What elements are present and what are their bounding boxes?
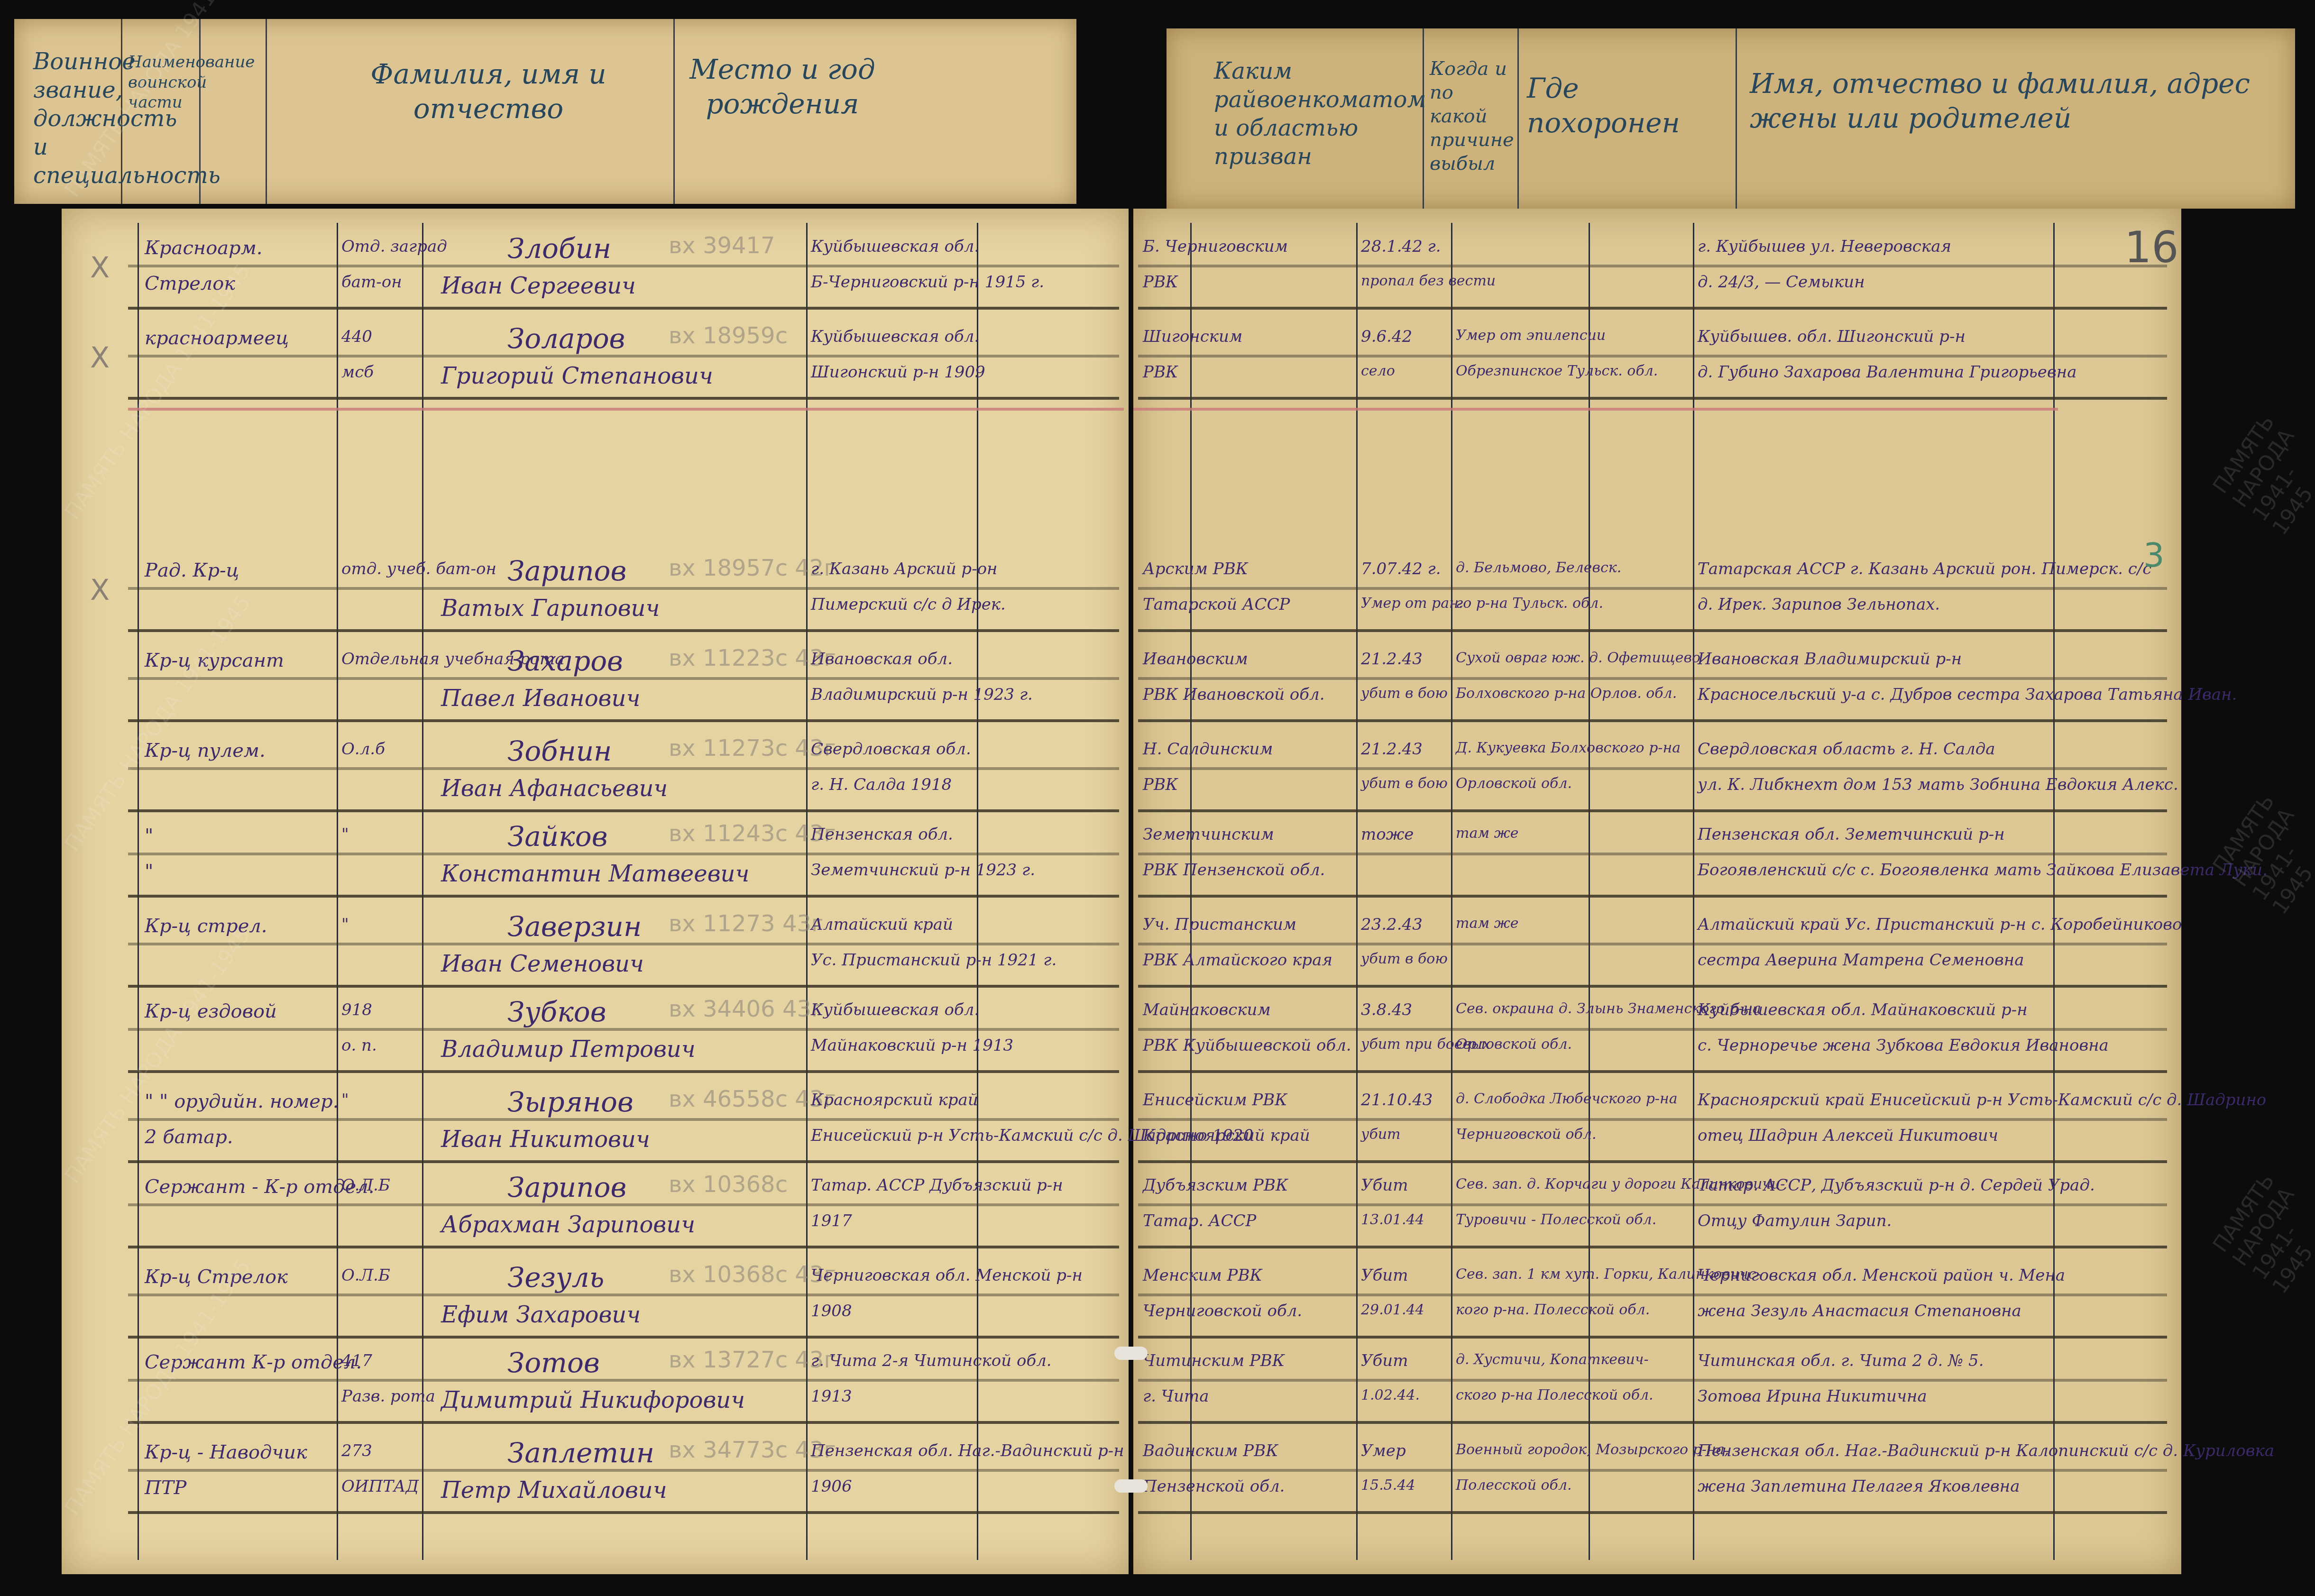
cell-unit: Отд. заград <box>341 237 447 256</box>
cell-draft: Дубъязским РВК <box>1143 1176 1288 1195</box>
cell-birth: Черниговская обл. Менской р-н <box>811 1266 1083 1285</box>
watermark: ПАМЯТЬ НАРОДА 1941-1945 <box>2208 1169 2315 1298</box>
cell-given-names: Ватых Гарипович <box>441 595 660 622</box>
cell-unit: 417 <box>341 1351 372 1370</box>
row-rule-mid <box>1138 677 2167 680</box>
row-rule-mid <box>1138 1118 2167 1121</box>
cell-draft: Земетчинским <box>1143 825 1274 844</box>
row-rule-mid <box>1138 1293 2167 1296</box>
pencil-annotation: вх 18959с <box>669 322 788 349</box>
cell-when: Умер <box>1361 1441 1406 1460</box>
cell-when: 21.10.43 <box>1361 1091 1433 1110</box>
cell-birth: г. Чита 2-я Читинской обл. <box>811 1351 1052 1370</box>
cell-unit: отд. учеб. бат-он <box>341 560 496 578</box>
cell-draft: Шигонским <box>1143 327 1242 346</box>
cell-draft-2: РВК <box>1143 273 1178 292</box>
row-rule <box>128 1421 1119 1424</box>
cell-rank: Рад. Кр-ц <box>145 560 239 581</box>
cell-relatives: г. Куйбышев ул. Неверовская <box>1698 237 1951 256</box>
cell-birth-2: 1917 <box>811 1211 852 1230</box>
cell-when-2: пропал без вести <box>1361 273 1496 289</box>
cell-burial-2: Черниговской обл. <box>1456 1126 1597 1143</box>
column-divider <box>1517 28 1519 209</box>
header-birth: Место и год рождения <box>688 52 877 121</box>
cell-rank: красноармеец <box>145 327 289 349</box>
cell-surname: Зырянов <box>507 1086 634 1118</box>
cell-birth-2: Майнаковский р-н 1913 <box>811 1036 1013 1055</box>
cell-when: Убит <box>1361 1176 1408 1195</box>
cell-draft-2: РВК Пензенской обл. <box>1143 861 1325 880</box>
cell-birth-2: Б-Черниговский р-н 1915 г. <box>811 273 1044 292</box>
row-rule <box>1138 1160 2167 1163</box>
cell-relatives: Куйбышевская обл. Майнаковский р-н <box>1698 1000 2028 1019</box>
cell-birth: Ивановская обл. <box>811 650 953 669</box>
cell-when: 21.2.43 <box>1361 650 1423 669</box>
cell-rank-2: 2 батар. <box>145 1126 233 1148</box>
cell-draft: Менским РВК <box>1143 1266 1262 1285</box>
cell-draft: Б. Черниговским <box>1143 237 1288 256</box>
cell-birth-2: Пимерский с/с д Ирек. <box>811 595 1006 614</box>
cell-birth: Куйбышевская обл. <box>811 327 979 346</box>
cell-when: Убит <box>1361 1351 1408 1370</box>
cell-given-names: Григорий Степанович <box>441 363 713 389</box>
cell-burial-2: Туровичи - Полесской обл. <box>1456 1211 1656 1228</box>
cell-draft: Ивановским <box>1143 650 1248 669</box>
cell-burial: Военный городок, Мозырского р-на, <box>1456 1441 1729 1458</box>
cell-unit-2: о. п. <box>341 1036 377 1055</box>
row-rule-mid <box>1138 1379 2167 1382</box>
separator-red-line <box>1133 408 2058 411</box>
column-divider <box>1356 223 1358 1560</box>
cell-when: 28.1.42 г. <box>1361 237 1441 256</box>
cell-unit-2: бат-он <box>341 273 402 292</box>
cell-when-2: 29.01.44 <box>1361 1302 1424 1318</box>
row-rule-mid <box>128 943 1119 945</box>
cell-given-names: Иван Афанасьевич <box>441 775 668 802</box>
cell-surname: Заплетин <box>507 1437 654 1469</box>
cell-burial: там же <box>1456 825 1519 842</box>
row-rule <box>1138 1336 2167 1339</box>
pencil-annotation: вх 10368с <box>669 1171 788 1198</box>
cell-unit: О.л.б <box>341 740 385 759</box>
cell-when: 21.2.43 <box>1361 740 1423 759</box>
header-burial: Где похоронен <box>1527 71 1726 140</box>
pencil-annotation: вх 39417 <box>669 232 775 259</box>
row-rule-mid <box>128 853 1119 855</box>
row-rule <box>1138 985 2167 988</box>
row-rule-mid <box>128 1293 1119 1296</box>
row-rule <box>1138 1421 2167 1424</box>
cell-given-names: Иван Семенович <box>441 951 644 977</box>
page-number-secondary: 3 <box>2143 536 2165 575</box>
cell-relatives-2: с. Черноречье жена Зубкова Евдокия Ивано… <box>1698 1036 2109 1055</box>
cell-rank: Сержант - К-р отдел. <box>145 1176 374 1198</box>
row-rule-mid <box>128 1203 1119 1206</box>
column-divider <box>1693 223 1694 1560</box>
cell-burial: Сухой овраг юж. д. Офетищево <box>1456 650 1700 666</box>
row-rule <box>128 809 1119 812</box>
cell-birth-2: 1913 <box>811 1387 852 1406</box>
cell-surname: Зотов <box>507 1347 600 1379</box>
cell-birth: Татар. АССР Дубъязский р-н <box>811 1176 1063 1195</box>
cell-when-2: Умер от ран. <box>1361 595 1463 612</box>
cell-when: тоже <box>1361 825 1414 844</box>
row-rule <box>128 629 1119 632</box>
row-rule-mid <box>128 1379 1119 1382</box>
binding-thread <box>1114 1479 1148 1493</box>
row-rule <box>1138 307 2167 310</box>
header-flap-right: Каким райвоенкоматом и областью призван … <box>1167 28 2295 209</box>
cell-when: 3.8.43 <box>1361 1000 1412 1019</box>
cell-birth-2: 1908 <box>811 1302 852 1321</box>
cell-burial-2: Обрезпинское Тульск. обл. <box>1456 363 1658 379</box>
row-rule <box>128 1070 1119 1073</box>
cell-when-2: убит <box>1361 1126 1400 1143</box>
cell-relatives-2: сестра Аверина Матрена Семеновна <box>1698 951 2024 970</box>
cell-given-names: Димитрий Никифорович <box>441 1387 745 1413</box>
header-draft: Каким райвоенкоматом и областью призван <box>1214 57 1418 171</box>
cell-draft-2: РВК <box>1143 775 1178 794</box>
cell-rank-2: ПТР <box>145 1477 186 1499</box>
column-divider <box>422 223 423 1560</box>
cell-relatives-2: Богоявленский с/с с. Богоявленка мать За… <box>1698 861 2268 880</box>
cell-given-names: Владимир Петрович <box>441 1036 696 1063</box>
row-rule-mid <box>128 767 1119 770</box>
cell-burial: там же <box>1456 915 1519 932</box>
watermark: ПАМЯТЬ НАРОДА 1941-1945 <box>2208 411 2315 540</box>
cell-draft-2: РВК Ивановской обл. <box>1143 685 1325 704</box>
row-rule <box>1138 1511 2167 1514</box>
row-rule-mid <box>1138 587 2167 590</box>
row-rule-mid <box>1138 355 2167 358</box>
cell-surname: Золаров <box>507 322 625 355</box>
cell-when-2: 1.02.44. <box>1361 1387 1420 1403</box>
cell-unit: " <box>341 1091 349 1110</box>
cell-relatives: Татар. АССР, Дубъязский р-н д. Сердей Ур… <box>1698 1176 2095 1195</box>
cell-relatives: Красноярский край Енисейский р-н Усть-Ка… <box>1698 1091 2266 1110</box>
cell-relatives: Татарская АССР г. Казань Арский рон. Пим… <box>1698 560 2151 578</box>
row-rule <box>1138 719 2167 722</box>
pencil-annotation: вх 34406 43г <box>669 996 823 1022</box>
column-divider <box>1451 223 1452 1560</box>
row-rule <box>1138 397 2167 400</box>
column-divider <box>266 19 267 204</box>
row-rule-mid <box>128 1469 1119 1472</box>
row-rule <box>128 985 1119 988</box>
cell-given-names: Абрахман Зарипович <box>441 1211 695 1238</box>
cell-relatives: Куйбышев. обл. Шигонский р-н <box>1698 327 1966 346</box>
cell-draft-2: Черниговской обл. <box>1143 1302 1302 1321</box>
cell-draft-2: РВК Куйбышевской обл. <box>1143 1036 1351 1055</box>
cell-given-names: Петр Михайлович <box>441 1477 667 1504</box>
watermark: ПАМЯТЬ НАРОДА 1941-1945 <box>2208 790 2315 919</box>
cell-surname: Заверзин <box>507 910 642 943</box>
row-rule-mid <box>128 265 1119 267</box>
cell-unit: 273 <box>341 1441 372 1460</box>
cell-draft: Вадинским РВК <box>1143 1441 1278 1460</box>
cell-burial-2: го р-на Тульск. обл. <box>1456 595 1603 612</box>
cell-burial-2: кого р-на. Полесской обл. <box>1456 1302 1650 1318</box>
pencil-annotation: вх 11273 43г <box>669 910 823 937</box>
cell-draft: Уч. Пристанским <box>1143 915 1296 934</box>
cell-burial-2: Орловской обл. <box>1456 775 1572 792</box>
header-when: Когда и по какой причине выбыл <box>1430 57 1515 175</box>
cell-relatives-2: ул. К. Либкнехт дом 153 мать Зобнина Евд… <box>1698 775 2178 794</box>
cell-given-names: Константин Матвеевич <box>441 861 749 887</box>
cell-rank: " " орудийн. номер. <box>145 1091 339 1112</box>
cell-given-names: Павел Иванович <box>441 685 640 712</box>
cell-draft: Майнаковским <box>1143 1000 1271 1019</box>
cell-surname: Зобнин <box>507 735 612 767</box>
cell-draft-2: Пензенской обл. <box>1143 1477 1285 1496</box>
row-rule <box>128 1246 1119 1248</box>
column-divider <box>673 19 675 204</box>
cell-draft: Арским РВК <box>1143 560 1248 578</box>
cell-burial-2: ского р-на Полесской обл. <box>1456 1387 1654 1403</box>
row-rule <box>128 895 1119 898</box>
row-rule-mid <box>128 677 1119 680</box>
cell-burial: д. Хустичи, Копаткевич- <box>1456 1351 1649 1368</box>
cell-unit: О.Л.Б <box>341 1176 390 1195</box>
header-name: Фамилия, имя и отчество <box>346 57 631 126</box>
cell-relatives: Пензенская обл. Наг.-Вадинский р-н Калоп… <box>1698 1441 2274 1460</box>
cell-draft-2: РВК <box>1143 363 1178 382</box>
cell-given-names: Иван Сергеевич <box>441 273 636 299</box>
cell-surname: Зарипов <box>507 555 626 587</box>
cell-relatives-2: д. Ирек. Зарипов Зельнопах. <box>1698 595 1940 614</box>
cell-relatives: Алтайский край Ус. Пристанский р-н с. Ко… <box>1698 915 2182 934</box>
cell-when-2: убит в бою <box>1361 951 1448 967</box>
cell-unit-2: мсб <box>341 363 374 382</box>
row-rule-mid <box>1138 1028 2167 1031</box>
cell-birth: г. Казань Арский р-он <box>811 560 998 578</box>
cell-unit-2: Разв. рота <box>341 1387 435 1406</box>
column-divider <box>1423 28 1424 209</box>
cell-surname: Зубков <box>507 996 606 1028</box>
cell-birth: Пензенская обл. Наг.-Вадинский р-н <box>811 1441 1124 1460</box>
cell-relatives-2: д. 24/3, — Семыкин <box>1698 273 1865 292</box>
row-rule <box>1138 895 2167 898</box>
cell-birth: Алтайский край <box>811 915 953 934</box>
cell-given-names: Иван Никитович <box>441 1126 650 1153</box>
row-rule <box>128 719 1119 722</box>
cell-birth: Пензенская обл. <box>811 825 953 844</box>
cell-birth-2: Ус. Пристанский р-н 1921 г. <box>811 951 1056 970</box>
cell-draft-2: Татар. АССР <box>1143 1211 1257 1230</box>
row-rule-mid <box>1138 767 2167 770</box>
row-rule-mid <box>128 1028 1119 1031</box>
row-rule <box>128 1511 1119 1514</box>
cell-burial-2: Болховского р-на Орлов. обл. <box>1456 685 1677 702</box>
cell-draft-2: Красноярский край <box>1143 1126 1310 1145</box>
x-mark: X <box>90 574 110 607</box>
cell-relatives: Черниговская обл. Менской район ч. Мена <box>1698 1266 2065 1285</box>
cell-birth-2: Владимирский р-н 1923 г. <box>811 685 1033 704</box>
cell-burial: д. Слободка Любечского р-на <box>1456 1091 1678 1107</box>
cell-relatives-2: жена Заплетина Пелагея Яковлевна <box>1698 1477 2020 1496</box>
cell-relatives-2: Зотова Ирина Никитична <box>1698 1387 1927 1406</box>
cell-relatives-2: Отцу Фатулин Зарип. <box>1698 1211 1892 1230</box>
row-rule <box>128 307 1119 310</box>
cell-rank-2: " <box>145 861 153 882</box>
cell-burial: Умер от эпилепсии <box>1456 327 1606 344</box>
cell-relatives-2: Красносельский у-а с. Дубров сестра Заха… <box>1698 685 2237 704</box>
cell-unit: " <box>341 825 349 844</box>
cell-given-names: Ефим Захарович <box>441 1302 641 1328</box>
cell-unit: 440 <box>341 327 372 346</box>
row-rule-mid <box>1138 943 2167 945</box>
row-rule-mid <box>1138 265 2167 267</box>
cell-draft: Енисейским РВК <box>1143 1091 1287 1110</box>
cell-relatives: Читинская обл. г. Чита 2 д. № 5. <box>1698 1351 1984 1370</box>
row-rule <box>1138 1246 2167 1248</box>
binding-thread <box>1114 1347 1148 1360</box>
cell-birth: Красноярский край <box>811 1091 978 1110</box>
row-rule <box>1138 629 2167 632</box>
cell-relatives: Пензенская обл. Земетчинский р-н <box>1698 825 2005 844</box>
cell-when-2: убит в бою <box>1361 775 1448 792</box>
cell-birth-2: г. Н. Салда 1918 <box>811 775 952 794</box>
cell-when: 23.2.43 <box>1361 915 1423 934</box>
cell-rank: Кр-ц ездовой <box>145 1000 277 1022</box>
cell-surname: Зезуль <box>507 1261 604 1293</box>
column-divider <box>1736 28 1737 209</box>
row-rule-mid <box>128 355 1119 358</box>
cell-burial-2: Полесской обл. <box>1456 1477 1572 1494</box>
right-page <box>1133 209 2181 1574</box>
row-rule-mid <box>128 1118 1119 1121</box>
cell-rank: " <box>145 825 153 847</box>
cell-surname: Зайков <box>507 820 607 853</box>
cell-relatives-2: жена Зезуль Анастасия Степановна <box>1698 1302 2021 1321</box>
column-divider <box>2053 223 2055 1560</box>
cell-when-2: убит в бою <box>1361 685 1448 702</box>
row-rule <box>128 1336 1119 1339</box>
cell-when-2: 15.5.44 <box>1361 1477 1415 1494</box>
cell-rank: Красноарм. <box>145 237 263 259</box>
row-rule-mid <box>128 587 1119 590</box>
cell-draft: Н. Салдинским <box>1143 740 1273 759</box>
cell-when: 7.07.42 г. <box>1361 560 1441 578</box>
row-rule <box>1138 809 2167 812</box>
cell-surname: Захаров <box>507 645 623 677</box>
cell-draft: Читинским РВК <box>1143 1351 1285 1370</box>
cell-when: 9.6.42 <box>1361 327 1412 346</box>
cell-unit-2: ОИПТАД <box>341 1477 419 1496</box>
cell-unit: " <box>341 915 349 934</box>
cell-surname: Злобин <box>507 232 611 265</box>
cell-relatives-2: отец Шадрин Алексей Никитович <box>1698 1126 1998 1145</box>
cell-draft-2: РВК Алтайского края <box>1143 951 1332 970</box>
cell-when-2: 13.01.44 <box>1361 1211 1424 1228</box>
row-rule-mid <box>1138 1203 2167 1206</box>
page-number: 16 <box>2124 223 2179 273</box>
cell-burial: Д. Кукуевка Болховского р-на <box>1456 740 1681 756</box>
cell-birth-2: Земетчинский р-н 1923 г. <box>811 861 1035 880</box>
cell-birth: Свердловская обл. <box>811 740 971 759</box>
cell-rank: Кр-ц - Наводчик <box>145 1441 307 1463</box>
row-rule-mid <box>1138 853 2167 855</box>
cell-relatives-2: д. Губино Захарова Валентина Григорьевна <box>1698 363 2076 382</box>
row-rule <box>128 1160 1119 1163</box>
cell-birth-2: 1906 <box>811 1477 852 1496</box>
x-mark: X <box>90 341 110 375</box>
cell-when-2: село <box>1361 363 1395 379</box>
row-rule <box>128 397 1119 400</box>
cell-unit: 918 <box>341 1000 372 1019</box>
cell-surname: Зарипов <box>507 1171 626 1203</box>
cell-draft-2: г. Чита <box>1143 1387 1209 1406</box>
row-rule-mid <box>1138 1469 2167 1472</box>
cell-relatives: Ивановская Владимирский р-н <box>1698 650 1962 669</box>
cell-birth: Куйбышевская обл. <box>811 1000 979 1019</box>
cell-birth: Куйбышевская обл. <box>811 237 979 256</box>
cell-relatives: Свердловская область г. Н. Салда <box>1698 740 1995 759</box>
row-rule <box>1138 1070 2167 1073</box>
cell-draft-2: Татарской АССР <box>1143 595 1290 614</box>
separator-red-line <box>128 408 1124 411</box>
cell-rank: Кр-ц пулем. <box>145 740 266 761</box>
header-relatives: Имя, отчество и фамилия, адрес жены или … <box>1750 66 2271 135</box>
cell-when: Убит <box>1361 1266 1408 1285</box>
cell-birth-2: Шигонский р-н 1909 <box>811 363 985 382</box>
x-mark: X <box>90 251 110 284</box>
cell-burial-2: Орловской обл. <box>1456 1036 1572 1053</box>
cell-burial: д. Бельмово, Белевск. <box>1456 560 1621 576</box>
cell-unit: О.Л.Б <box>341 1266 390 1285</box>
